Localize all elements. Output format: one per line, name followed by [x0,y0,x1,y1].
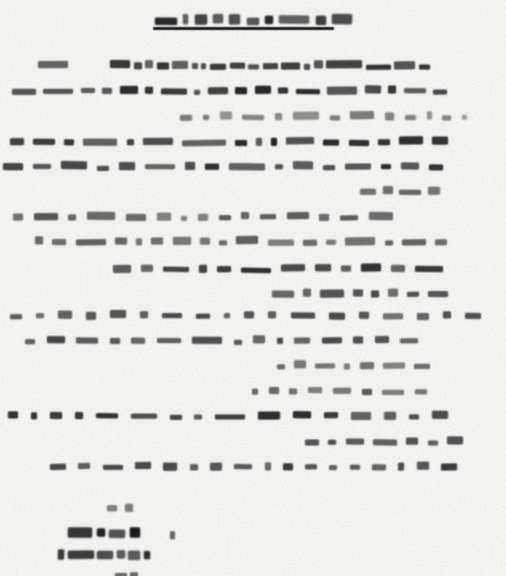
blurred-word [97,528,105,536]
blurred-word [293,411,311,418]
para2-line1 [10,133,448,145]
blurred-word [128,551,140,560]
blurred-word [293,161,313,169]
blurred-word [384,412,396,420]
blurred-word [360,189,376,195]
blurred-word [348,140,368,146]
blurred-word [382,390,404,395]
para4-line1 [10,307,481,319]
blurred-word [134,62,142,69]
blurred-word [276,338,282,344]
blurred-word [432,411,448,419]
blurred-word [219,215,231,220]
blurred-word [365,85,381,93]
blurred-word [194,414,202,419]
blurred-word [399,190,421,195]
blurred-word [192,337,222,344]
blurred-word [283,463,293,470]
blurred-word [182,140,226,147]
blurred-word [170,531,175,539]
blurred-word [381,164,391,169]
blurred-word [229,163,265,170]
blurred-word [219,112,231,120]
blurred-word [388,289,398,297]
blurred-word [140,311,148,318]
blurred-word [86,312,96,320]
blurred-word [428,291,448,297]
para1-line1-ref [38,57,68,69]
blurred-word [143,138,173,145]
blurred-word [255,86,271,94]
blurred-word [141,265,153,272]
blurred-word [281,63,300,70]
blurred-word [303,289,311,297]
blurred-word [61,161,87,169]
para1-line2 [12,82,447,94]
blurred-word [109,530,125,538]
blurred-word [400,338,418,343]
blurred-word [217,266,231,272]
blurred-word [427,112,432,120]
blurred-word [275,113,282,120]
blurred-word [345,237,375,245]
para3-line4 [272,285,448,297]
blurred-word [180,115,192,121]
blurred-word [198,214,208,221]
blurred-word [235,87,247,94]
blurred-word [286,137,314,144]
blurred-word [190,464,198,470]
blurred-word [308,387,322,393]
blurred-word [315,363,335,368]
blurred-word [428,440,438,445]
blurred-word [326,60,362,68]
blurred-word [205,164,219,170]
blurred-word [353,336,363,343]
blurred-word [327,86,357,94]
para2-line2 [3,158,443,170]
blurred-word [264,462,270,470]
blurred-word [244,311,254,318]
blurred-word [265,16,273,24]
blurred-word [383,363,405,369]
blurred-word [10,314,22,319]
blurred-word [224,313,230,318]
blurred-word [383,313,403,319]
blurred-word [163,267,189,272]
blurred-word [432,137,448,145]
blurred-word [405,115,416,120]
blurred-word [156,213,170,221]
blurred-word [293,112,319,120]
blurred-word [13,214,23,221]
blurred-word [97,166,109,171]
date-mark [107,500,133,512]
blurred-word [385,112,394,120]
blurred-word [372,464,386,470]
blurred-word [131,414,157,419]
blurred-word [81,88,95,93]
blurred-word [415,389,427,394]
blurred-word [414,364,430,369]
blurred-word [350,111,374,119]
blurred-word [314,60,323,68]
blurred-word [279,15,309,23]
blurred-word [33,164,51,169]
blurred-word [110,60,130,68]
blurred-word [258,412,280,420]
blurred-word [8,411,18,418]
blurred-word [3,163,23,170]
blurred-word [135,462,151,469]
para5-line2 [305,433,463,445]
blurred-word [64,139,74,145]
blurred-word [145,87,153,94]
para4-line4 [252,382,427,394]
blurred-word [359,312,369,319]
blurred-word [109,338,119,344]
title-underline [153,27,334,30]
blurred-word [294,360,306,368]
blurred-word [409,414,419,419]
blurred-word [320,289,344,297]
blurred-word [248,64,259,69]
blurred-word [75,239,105,245]
blurred-word [76,337,98,343]
blurred-word [329,115,339,120]
blurred-word [374,336,388,343]
blurred-word [252,389,258,395]
blurred-word [10,138,24,145]
para3-line2 [35,233,447,245]
blurred-word [316,16,326,25]
blurred-word [161,88,187,94]
blurred-word [323,165,335,170]
blurred-word [43,89,73,94]
blurred-word [102,88,112,94]
signature-line-1 [68,525,140,537]
blurred-word [136,238,142,245]
blurred-word [287,212,309,219]
blurred-word [215,415,245,420]
blurred-word [58,549,64,559]
blurred-word [319,214,329,221]
blurred-word [401,162,419,169]
blurred-word [447,436,463,444]
blurred-word [36,313,44,318]
blurred-word [241,212,249,219]
blurred-word [144,551,150,559]
blurred-word [113,265,131,273]
blurred-word [346,439,364,445]
blurred-word [442,115,451,120]
blurred-word [68,214,76,220]
blurred-word [345,164,371,170]
blurred-word [391,265,405,272]
blurred-word [126,139,133,145]
blurred-word [351,412,371,420]
blurred-word [83,139,117,146]
blurred-word [196,314,210,319]
blurred-word [304,64,310,70]
blurred-word [269,387,279,394]
blurred-word [321,337,341,343]
blurred-word [12,89,36,95]
blurred-word [229,14,240,24]
blurred-word [399,136,423,144]
para4-line3 [277,357,430,369]
blurred-word [305,439,319,445]
blurred-word [50,464,66,470]
blurred-word [181,216,187,221]
blurred-word [443,311,451,318]
blurred-word [194,90,200,95]
blurred-word [417,313,429,320]
blurred-word [192,63,198,69]
blurred-word [462,115,467,120]
blurred-word [267,240,293,246]
blurred-word [435,239,447,245]
blurred-word [157,62,169,69]
blurred-word [361,389,371,395]
blurred-word [234,464,252,469]
para1-line3 [180,108,467,120]
blurred-word [384,240,392,245]
blurred-word [352,289,362,296]
blurred-word [402,239,426,245]
blurred-word [290,312,314,318]
blurred-word [230,63,245,69]
blurred-word [172,61,188,69]
blurred-word [233,340,241,345]
blurred-word [433,89,447,94]
blurred-word [328,440,336,445]
blurred-word [371,290,379,297]
blurred-word [183,14,188,24]
blurred-word [213,14,223,23]
blurred-word [75,412,83,419]
blurred-word [235,140,247,146]
para1-line1 [110,57,430,69]
blurred-word [407,292,419,297]
blurred-word [163,463,177,471]
blurred-word [394,61,415,69]
blurred-word [271,138,277,146]
blurred-word [403,88,425,93]
blurred-word [465,313,481,319]
blurred-word [52,239,66,245]
blurred-word [275,164,283,169]
blurred-word [107,505,117,511]
blurred-word [398,463,404,471]
para4-line2 [25,332,418,344]
blurred-word [281,264,305,271]
blurred-word [130,527,140,537]
blurred-word [155,18,177,25]
blurred-word [378,139,390,145]
blurred-word [344,363,350,369]
blurred-word [272,290,294,297]
blurred-word [419,65,430,70]
blurred-word [170,415,182,420]
blurred-word [195,15,207,25]
signature-line-2 [58,547,150,559]
blurred-word [78,463,90,469]
blurred-word [210,463,222,471]
blurred-word [34,213,58,220]
blurred-word [115,238,127,245]
blurred-word [208,87,228,94]
blurred-word [340,215,358,220]
blurred-word [58,311,72,319]
blurred-word [172,237,190,245]
para5-line1 [8,407,448,419]
blurred-word [110,310,126,318]
blurred-word [210,64,226,70]
blurred-word [260,214,276,219]
blurred-word [38,61,68,68]
blurred-word [201,63,206,69]
blurred-word [25,339,35,344]
bottom-mark [115,567,138,576]
blurred-word [35,236,43,244]
blurred-word [415,266,443,272]
blurred-word [361,263,381,271]
blurred-word [333,388,351,394]
blurred-word [68,551,94,559]
blurred-word [96,413,118,418]
blurred-word [315,264,331,271]
blurred-word [97,551,113,559]
closing-line [50,458,457,470]
blurred-word [441,463,457,470]
document-page [0,0,506,576]
blurred-word [203,115,209,120]
blurred-word [350,465,360,470]
blurred-word [326,240,336,245]
blurred-word [156,338,180,343]
blurred-word [219,240,227,245]
para2-line3 [360,183,440,195]
blurred-word [341,265,351,271]
para3-line1 [13,208,393,220]
blurred-word [406,438,418,445]
blurred-word [241,268,271,274]
signature-colon [170,527,176,539]
blurred-word [323,140,339,146]
blurred-word [296,89,320,94]
blurred-word [329,465,337,470]
blurred-word [126,214,146,221]
blurred-word [303,240,317,246]
blurred-word [429,164,443,170]
blurred-word [125,504,133,512]
blurred-word [145,60,153,68]
blurred-word [120,86,138,94]
blurred-word [130,572,138,576]
blurred-word [324,412,338,418]
blurred-word [119,162,135,170]
blurred-word [145,164,175,169]
blurred-word [268,311,276,318]
blurred-word [31,412,37,419]
blurred-word [33,139,55,145]
blurred-word [388,85,396,93]
blurred-word [131,338,145,344]
title-line [155,12,352,24]
blurred-word [277,364,285,369]
blurred-word [373,439,397,445]
blurred-word [151,237,163,244]
blurred-word [242,115,264,120]
blurred-word [263,63,278,69]
blurred-word [68,528,92,538]
blurred-word [200,238,210,245]
blurred-word [103,465,123,470]
blurred-word [360,362,374,369]
blurred-word [50,412,62,419]
blurred-word [369,212,393,220]
blurred-word [305,464,317,469]
blurred-word [253,335,265,343]
blurred-word [383,186,393,194]
blurred-word [185,162,195,170]
blurred-word [117,550,125,558]
blurred-word [278,88,288,94]
blurred-word [294,338,310,344]
blurred-word [329,312,345,319]
blurred-word [428,187,440,195]
blurred-word [162,313,182,318]
blurred-word [236,236,258,244]
blurred-word [87,212,115,220]
blurred-word [417,462,429,470]
blurred-word [199,265,207,273]
para3-line3 [113,260,443,272]
blurred-word [256,138,262,146]
blurred-word [46,336,64,343]
blurred-word [289,388,297,394]
blurred-word [247,18,259,25]
blurred-word [366,65,391,70]
blurred-word [332,14,352,24]
